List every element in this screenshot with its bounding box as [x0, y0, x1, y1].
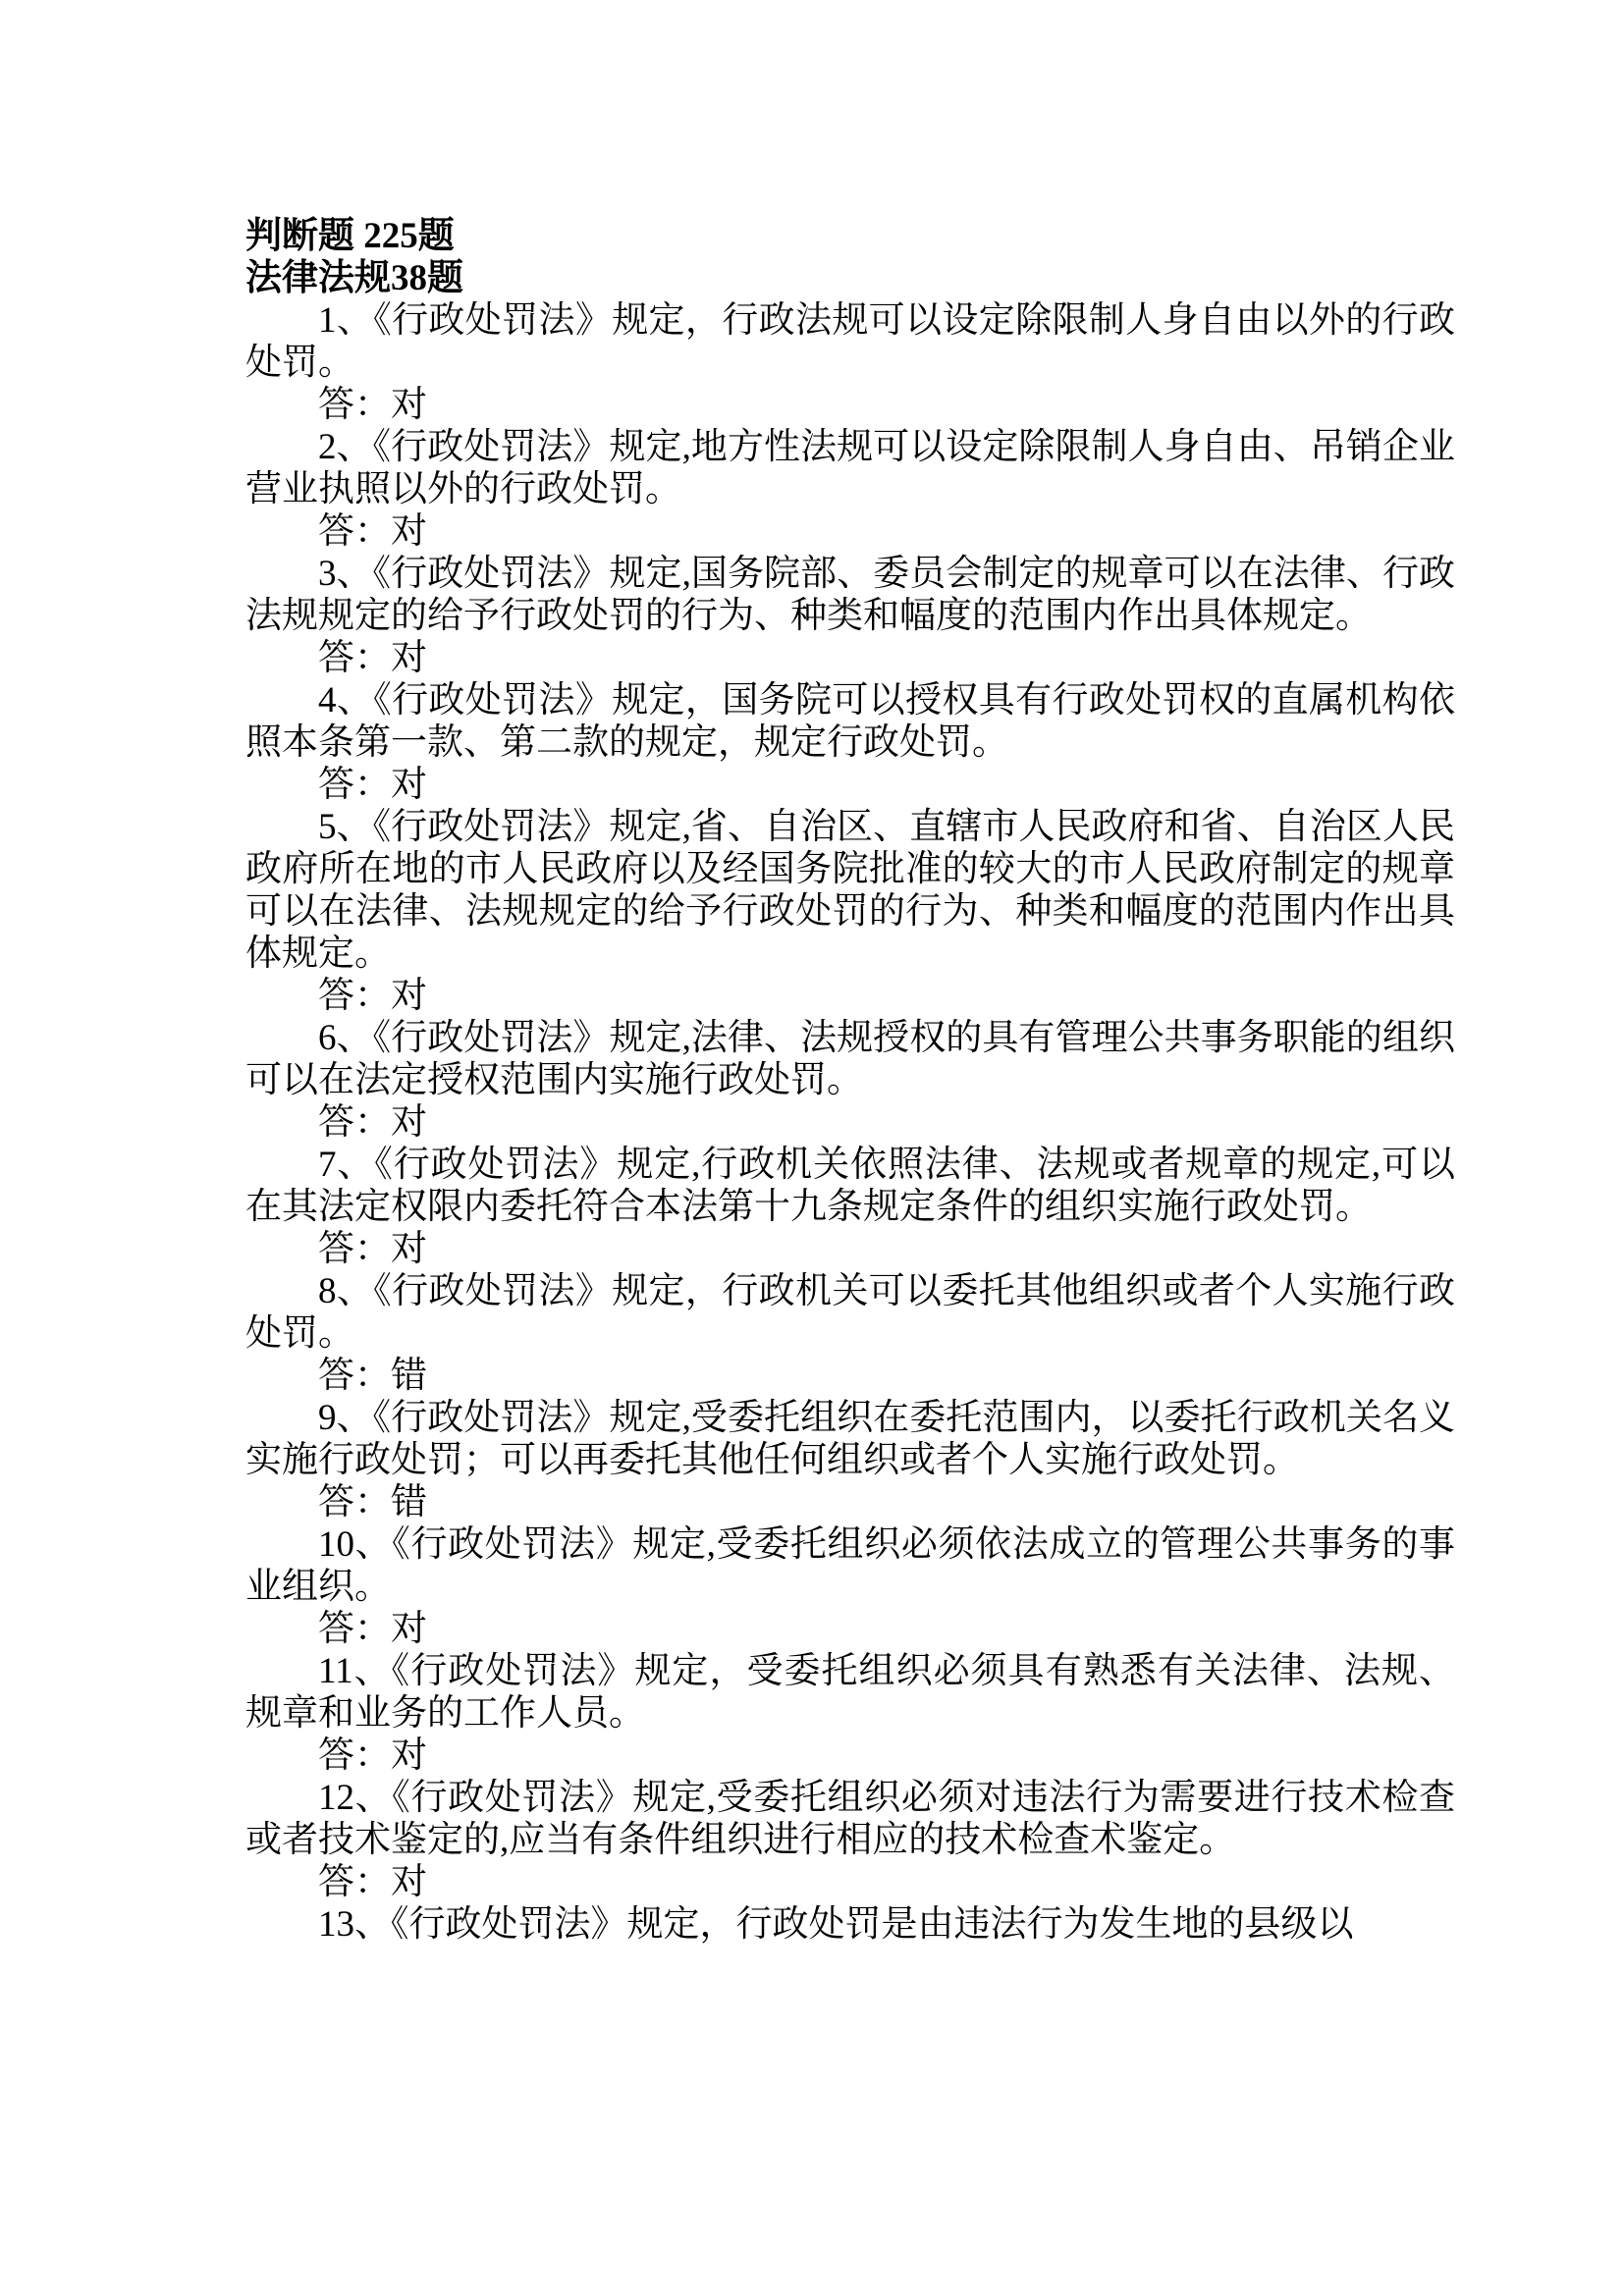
question-text: 9、《行政处罚法》规定,受委托组织在委托范围内，以委托行政机关名义实施行政处罚；…: [245, 1397, 1455, 1481]
question-text: 8、《行政处罚法》规定，行政机关可以委托其他组织或者个人实施行政处罚。: [245, 1270, 1455, 1355]
document-page: 判断题 225题 法律法规38题 1、《行政处罚法》规定，行政法规可以设定除限制…: [0, 0, 1624, 2296]
question-text: 11、《行政处罚法》规定，受委托组织必须具有熟悉有关法律、法规、规章和业务的工作…: [245, 1650, 1455, 1735]
answer-text: 答：对: [245, 510, 1455, 553]
answer-text: 答：对: [245, 1608, 1455, 1650]
answer-text: 答：对: [245, 1101, 1455, 1144]
answer-text: 答：对: [245, 1228, 1455, 1270]
answer-text: 答：错: [245, 1481, 1455, 1523]
question-text: 1、《行政处罚法》规定，行政法规可以设定除限制人身自由以外的行政处罚。: [245, 299, 1455, 384]
question-list: 1、《行政处罚法》规定，行政法规可以设定除限制人身自由以外的行政处罚。答：对2、…: [245, 299, 1455, 1946]
answer-text: 答：对: [245, 637, 1455, 679]
question-text: 7、《行政处罚法》规定,行政机关依照法律、法规或者规章的规定,可以在其法定权限内…: [245, 1144, 1455, 1228]
answer-text: 答：错: [245, 1355, 1455, 1397]
question-text: 3、《行政处罚法》规定,国务院部、委员会制定的规章可以在法律、行政法规规定的给予…: [245, 553, 1455, 637]
answer-text: 答：对: [245, 384, 1455, 426]
answer-text: 答：对: [245, 764, 1455, 806]
question-text: 4、《行政处罚法》规定，国务院可以授权具有行政处罚权的直属机构依照本条第一款、第…: [245, 679, 1455, 764]
question-text: 10、《行政处罚法》规定,受委托组织必须依法成立的管理公共事务的事业组织。: [245, 1523, 1455, 1608]
answer-text: 答：对: [245, 1735, 1455, 1777]
answer-text: 答：对: [245, 1861, 1455, 1903]
doc-subtitle: 法律法规38题: [245, 257, 1455, 299]
doc-title: 判断题 225题: [245, 215, 1455, 257]
answer-text: 答：对: [245, 975, 1455, 1017]
question-text: 12、《行政处罚法》规定,受委托组织必须对违法行为需要进行技术检查或者技术鉴定的…: [245, 1777, 1455, 1861]
question-text: 2、《行政处罚法》规定,地方性法规可以设定除限制人身自由、吊销企业营业执照以外的…: [245, 426, 1455, 510]
question-text: 13、《行政处罚法》规定，行政处罚是由违法行为发生地的县级以: [245, 1903, 1455, 1946]
question-text: 5、《行政处罚法》规定,省、自治区、直辖市人民政府和省、自治区人民政府所在地的市…: [245, 806, 1455, 975]
question-text: 6、《行政处罚法》规定,法律、法规授权的具有管理公共事务职能的组织可以在法定授权…: [245, 1017, 1455, 1101]
